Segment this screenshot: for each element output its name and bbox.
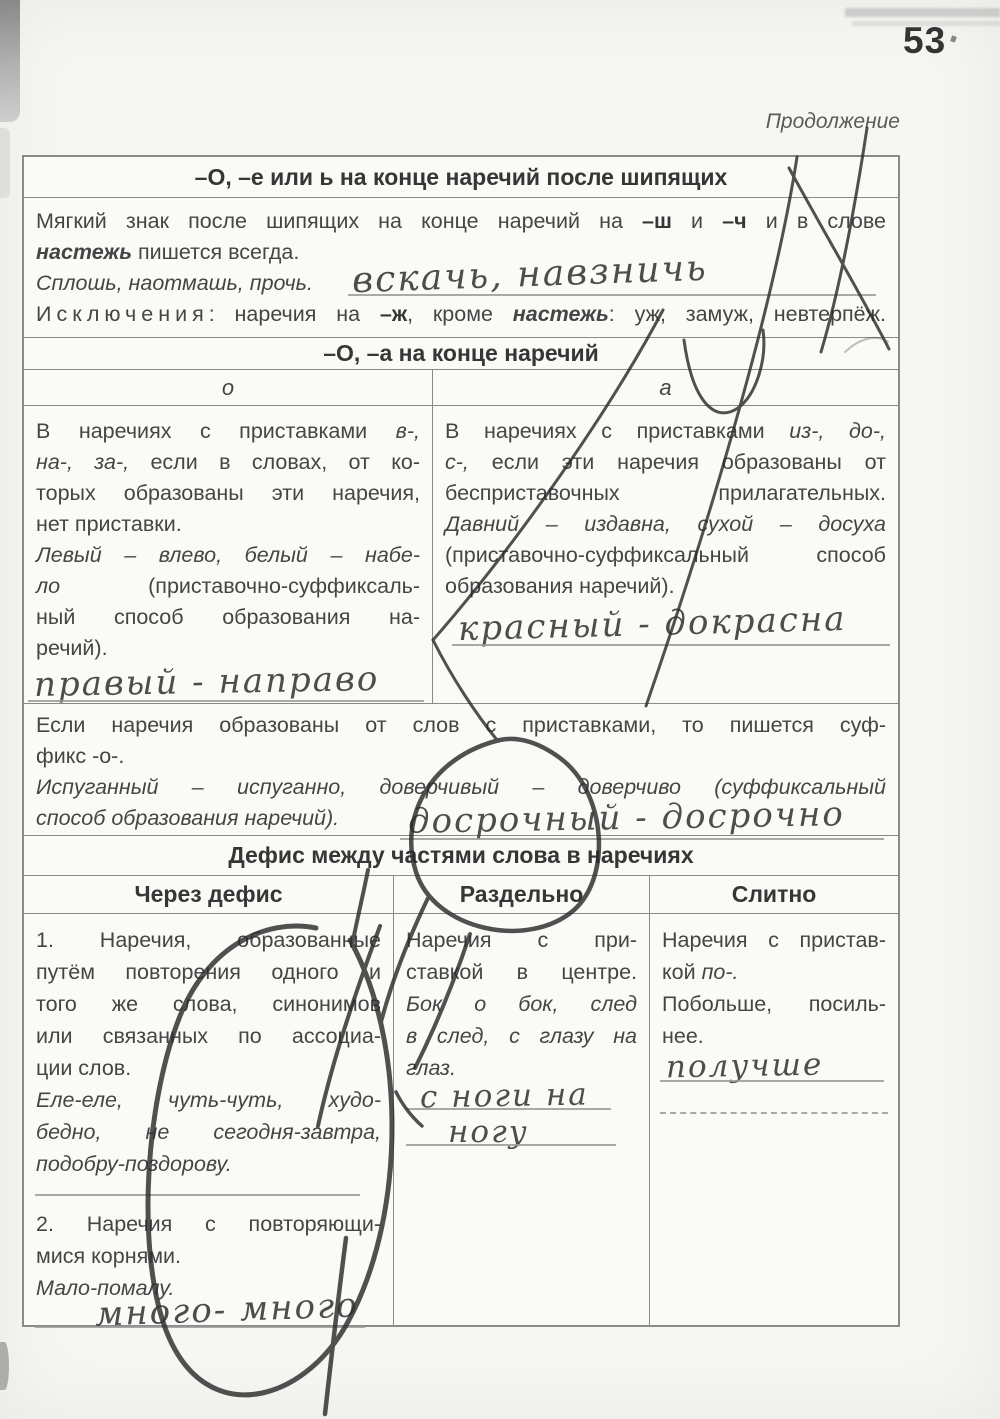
text-line: фикс -о-. [36, 741, 886, 772]
text-line: того же слова, синонимов [36, 988, 381, 1020]
answer-line [400, 838, 884, 840]
text-line: (приставочно-суффиксальный способ [445, 540, 886, 571]
text-line: ло (приставочно-суффиксаль- [36, 571, 420, 602]
column-separate-label: Раздельно [394, 876, 650, 913]
text-line: ставкой в центре. [406, 956, 637, 988]
scan-smudge-left [0, 128, 10, 198]
answer-line [348, 294, 876, 296]
text-line: бедно, не сегодня-завтра, [36, 1116, 381, 1148]
text-line: путём повторения одного и [36, 956, 381, 988]
section3-title: Дефис между частями слова в наречиях [228, 842, 693, 869]
text-line: Давний – издавна, сухой – досуха [445, 509, 886, 540]
column-together-cell: Наречия с пристав- кой по-. Побольше, по… [650, 914, 898, 1325]
text-line: Мягкий знак после шипящих на конце нареч… [36, 206, 886, 237]
column-o-label: о [24, 370, 433, 405]
text-line: мися корнями. [36, 1240, 381, 1272]
text-line: образования наречий). [445, 571, 886, 602]
section2-content: В наречиях с приставками в-, на-, за-, е… [24, 405, 898, 703]
column-hyphen-label: Через дефис [24, 876, 394, 913]
page-number: 53 [903, 20, 946, 62]
column-hyphen-cell: 1. Наречия, образованные путём повторени… [24, 914, 394, 1325]
continuation-label: Продолжение [766, 110, 900, 134]
section1-header: –О, –е или ь на конце наречий после шипя… [24, 157, 898, 197]
text-line: ный способ образования на- [36, 602, 420, 633]
answer-line [660, 1080, 884, 1082]
text-line: или связанных по ассоциа- [36, 1020, 381, 1052]
answer-line [35, 1326, 365, 1328]
scanned-workbook-page: 53 Продолжение –О, –е или ь на конце нар… [0, 0, 1000, 1419]
handwritten-answer-o: правый - направо [34, 659, 380, 705]
text-line: Левый – влево, белый – набе- [36, 540, 420, 571]
text-line: Наречия с при- [406, 924, 637, 956]
text-line: с-, если эти наречия образованы от [445, 447, 886, 478]
text-line: 1. Наречия, образованные [36, 924, 381, 956]
text-line: бесприставочных прилагательных. [445, 478, 886, 509]
adverb-rules-table: –О, –е или ь на конце наречий после шипя… [22, 155, 900, 1327]
text-line: Бок о бок, след [406, 988, 637, 1020]
text-line: Если наречия образованы от слов с приста… [36, 710, 886, 741]
text-line: Побольше, посиль- [662, 988, 886, 1020]
print-speck [950, 35, 957, 42]
section3-subheader: Через дефис Раздельно Слитно [24, 875, 898, 913]
section3-header: Дефис между частями слова в наречиях [24, 835, 898, 875]
text-line: В наречиях с приставками в-, [36, 416, 420, 447]
text-line: 2. Наречия с повторяющи- [36, 1208, 381, 1240]
column-a-label: а [433, 370, 898, 405]
text-line: Исключения: наречия на –ж, кроме настежь… [36, 299, 886, 330]
answer-line-blank [660, 1112, 888, 1114]
text-line: ции слов. [36, 1052, 381, 1084]
answer-line [28, 700, 424, 702]
text-line: торых образованы эти наречия, [36, 478, 420, 509]
column-a-cell: В наречиях с приставками из-, до-, с-, е… [433, 406, 898, 703]
section2-subheader: о а [24, 369, 898, 405]
column-together-label: Слитно [650, 876, 898, 913]
section2-title: –О, –а на конце наречий [323, 340, 599, 367]
scan-smudge-bottom-left [0, 1342, 9, 1390]
answer-line [406, 1144, 616, 1146]
text-line: В наречиях с приставками из-, до-, [445, 416, 886, 447]
answer-line [35, 1194, 360, 1196]
handwritten-answer-suffix: досрочный - досрочно [408, 794, 845, 842]
text-line: кой по-. [662, 956, 886, 988]
text-line: в след, с глазу на [406, 1020, 637, 1052]
section1-title: –О, –е или ь на конце наречий после шипя… [195, 164, 728, 191]
text-line: Еле-еле, чуть-чуть, худо- [36, 1084, 381, 1116]
answer-line [452, 644, 890, 646]
text-line: нет приставки. [36, 509, 420, 540]
text-line: подобру-поздорову. [36, 1148, 381, 1180]
scan-noise-strip [845, 8, 1000, 17]
text-line: Наречия с пристав- [662, 924, 886, 956]
text-line: на-, за-, если в словах, от ко- [36, 447, 420, 478]
section2-header: –О, –а на конце наречий [24, 337, 898, 369]
answer-line [406, 1108, 611, 1110]
scan-smudge-top-left [0, 0, 20, 122]
